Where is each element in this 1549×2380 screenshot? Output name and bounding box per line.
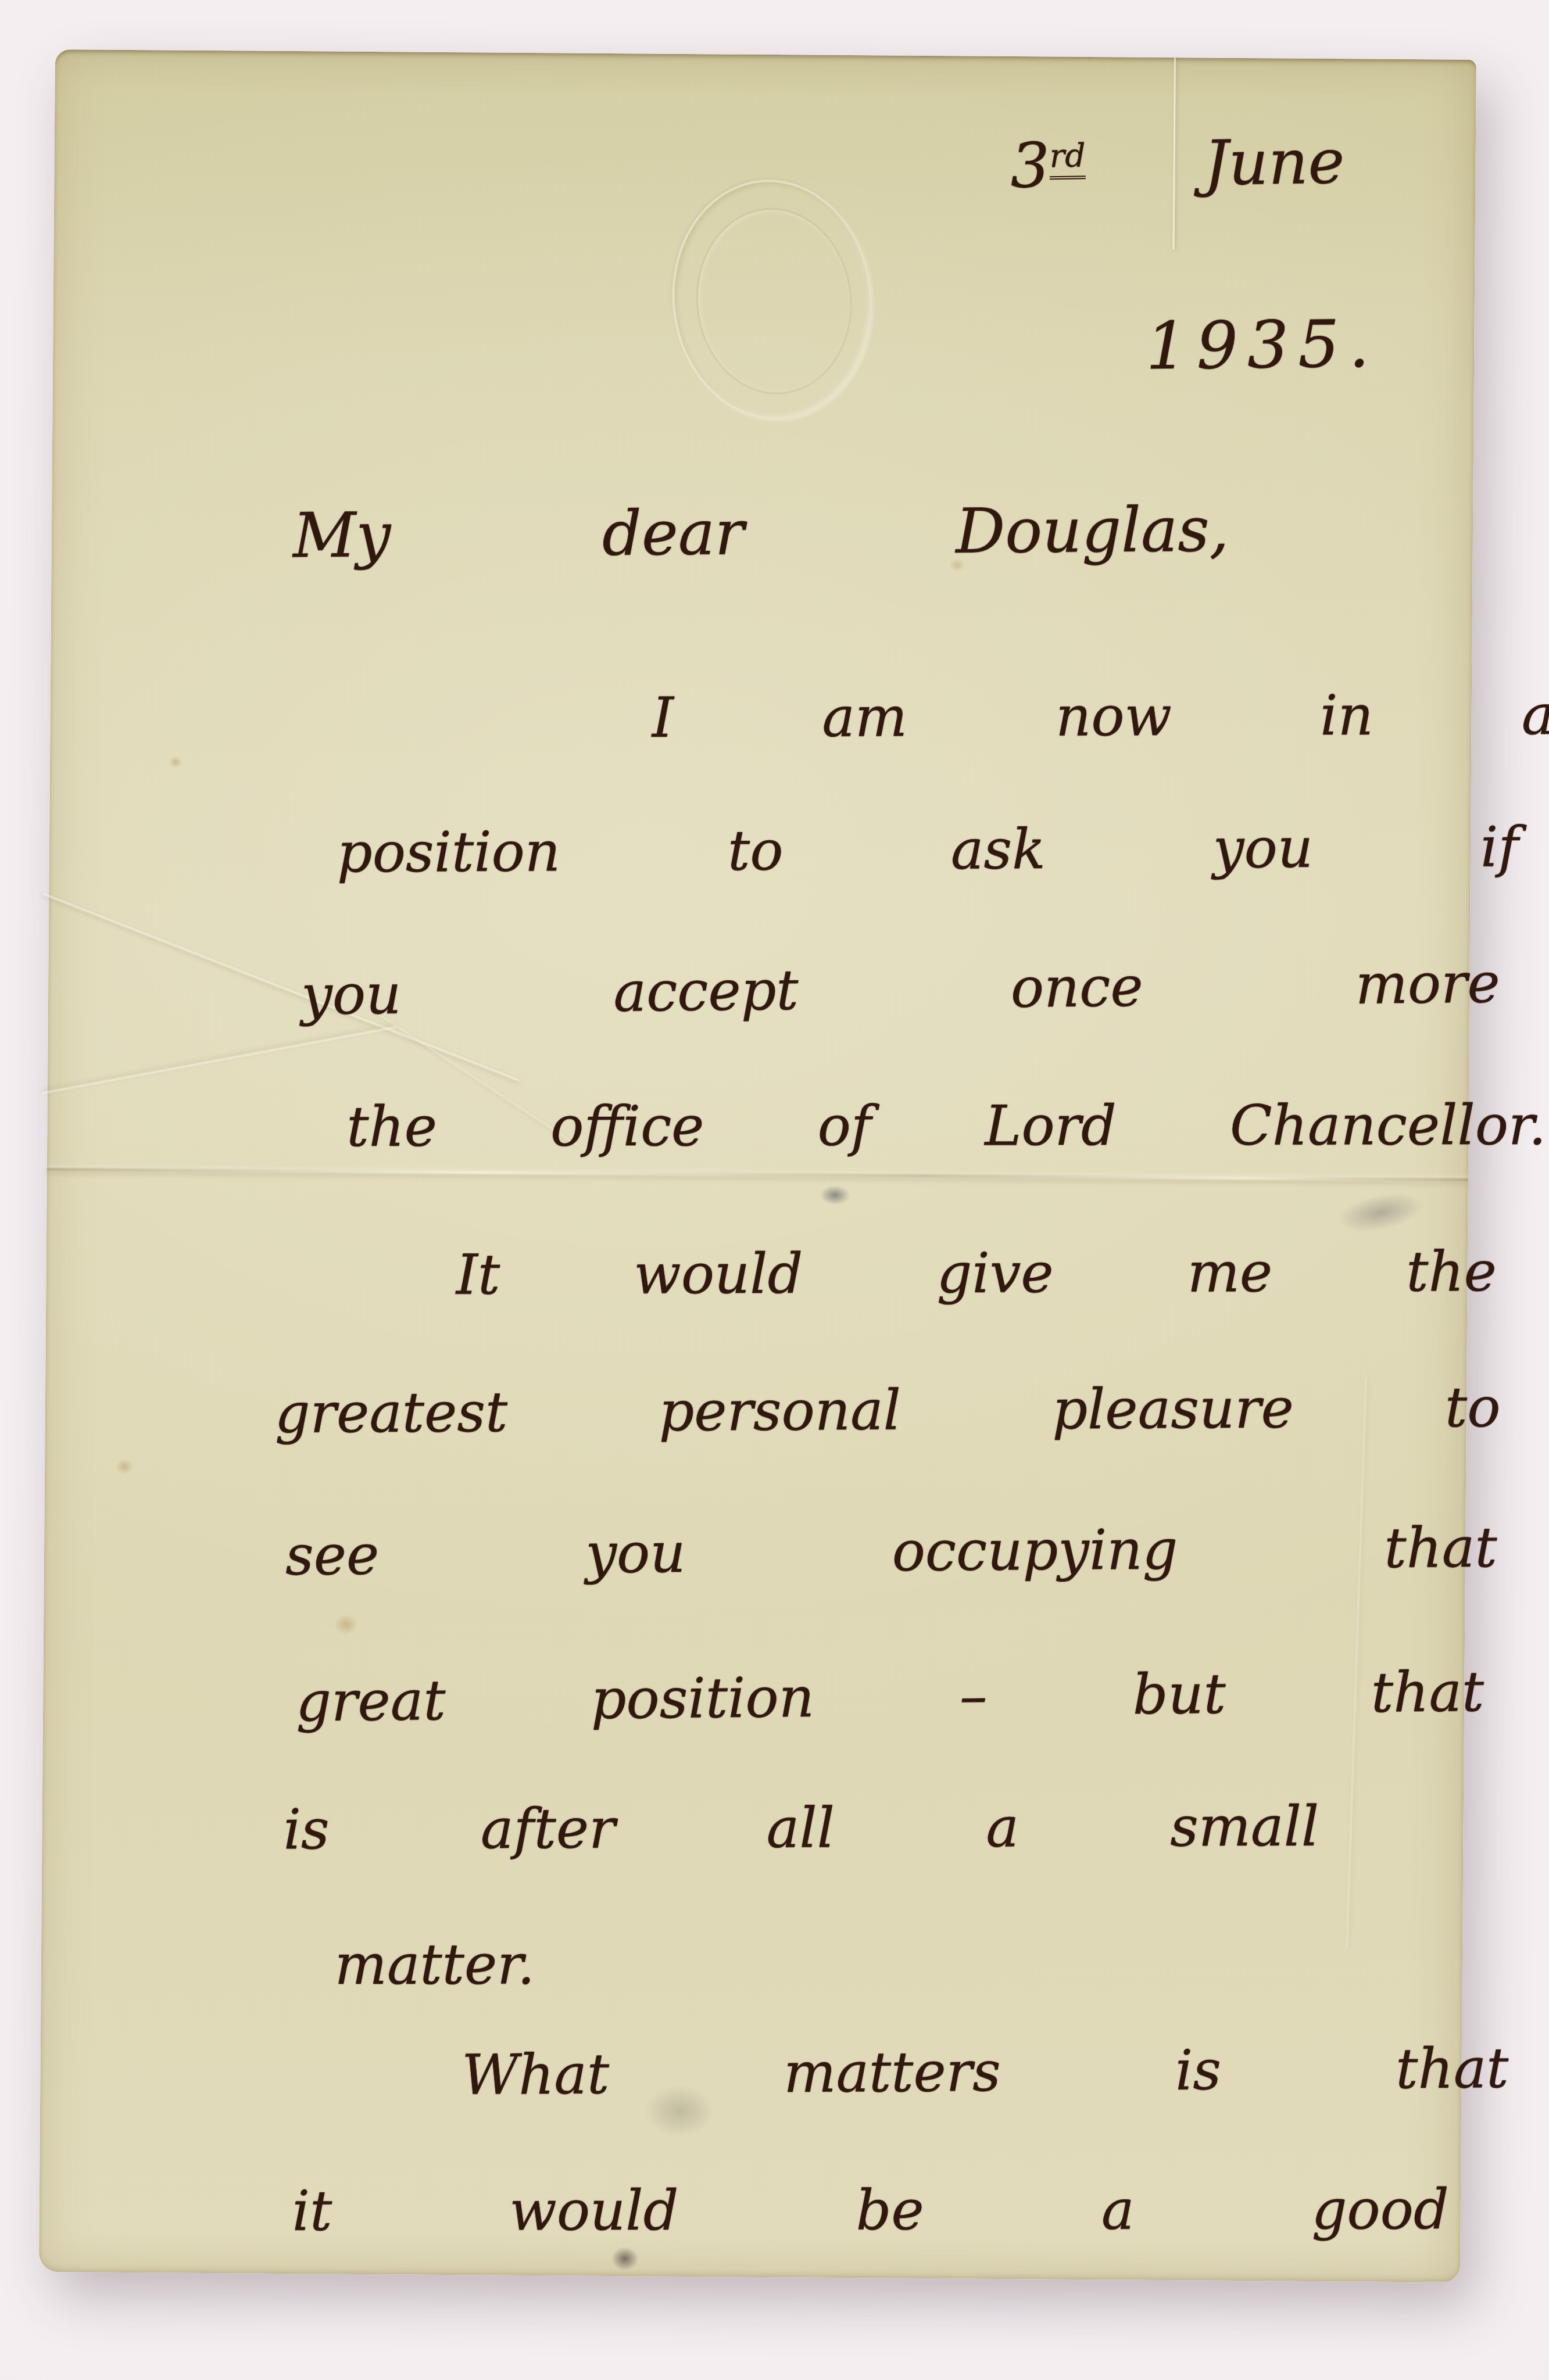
ink-smudge [611,2247,638,2270]
date-day: 3 [1010,130,1050,202]
letter-line: great position – but that [296,1665,1484,1730]
photograph: 3rd June 1935. My dear Douglas, I am now… [0,0,1549,2380]
photo-background: { "scene": { "background_color": "#f1ebe… [0,0,1549,2380]
letter-paper: 3rd June 1935. My dear Douglas, I am now… [39,49,1476,2282]
letter-line: it would be a good [292,2182,1449,2239]
salutation-line: My dear Douglas, [293,499,1229,567]
foxing-spot [169,756,182,768]
letter-line: What matters is that [462,2041,1509,2103]
letter-line: It would give me the [456,1245,1497,1303]
letter-line: you accept once more [301,956,1500,1023]
ink-smudge [820,1185,850,1205]
date-year: 1935. [1146,311,1379,379]
letter-line: is after all a small [283,1800,1319,1858]
date-month: June [1204,126,1345,199]
letter-line: I am now in a [652,688,1549,746]
letter-line: position to ask you if [337,820,1519,881]
horizontal-fold-crease [47,1168,1468,1181]
letter-line: greatest personal pleasure to [275,1380,1501,1441]
foxing-spot [116,1459,133,1474]
letter-line: the office of Lord Chancellor. [346,1098,1546,1155]
letter-line: matter. [335,1938,535,1993]
date-ordinal-suffix: rd [1049,137,1086,180]
embossed-seal-icon [661,170,883,428]
date-line: 3rd June [1010,131,1345,197]
gray-smudge [1335,1187,1427,1238]
foxing-spot [334,1615,357,1635]
diagonal-crease [42,1026,396,1094]
embossed-seal-inner-ring [688,200,860,402]
letter-line: see you occupying that [285,1521,1497,1584]
